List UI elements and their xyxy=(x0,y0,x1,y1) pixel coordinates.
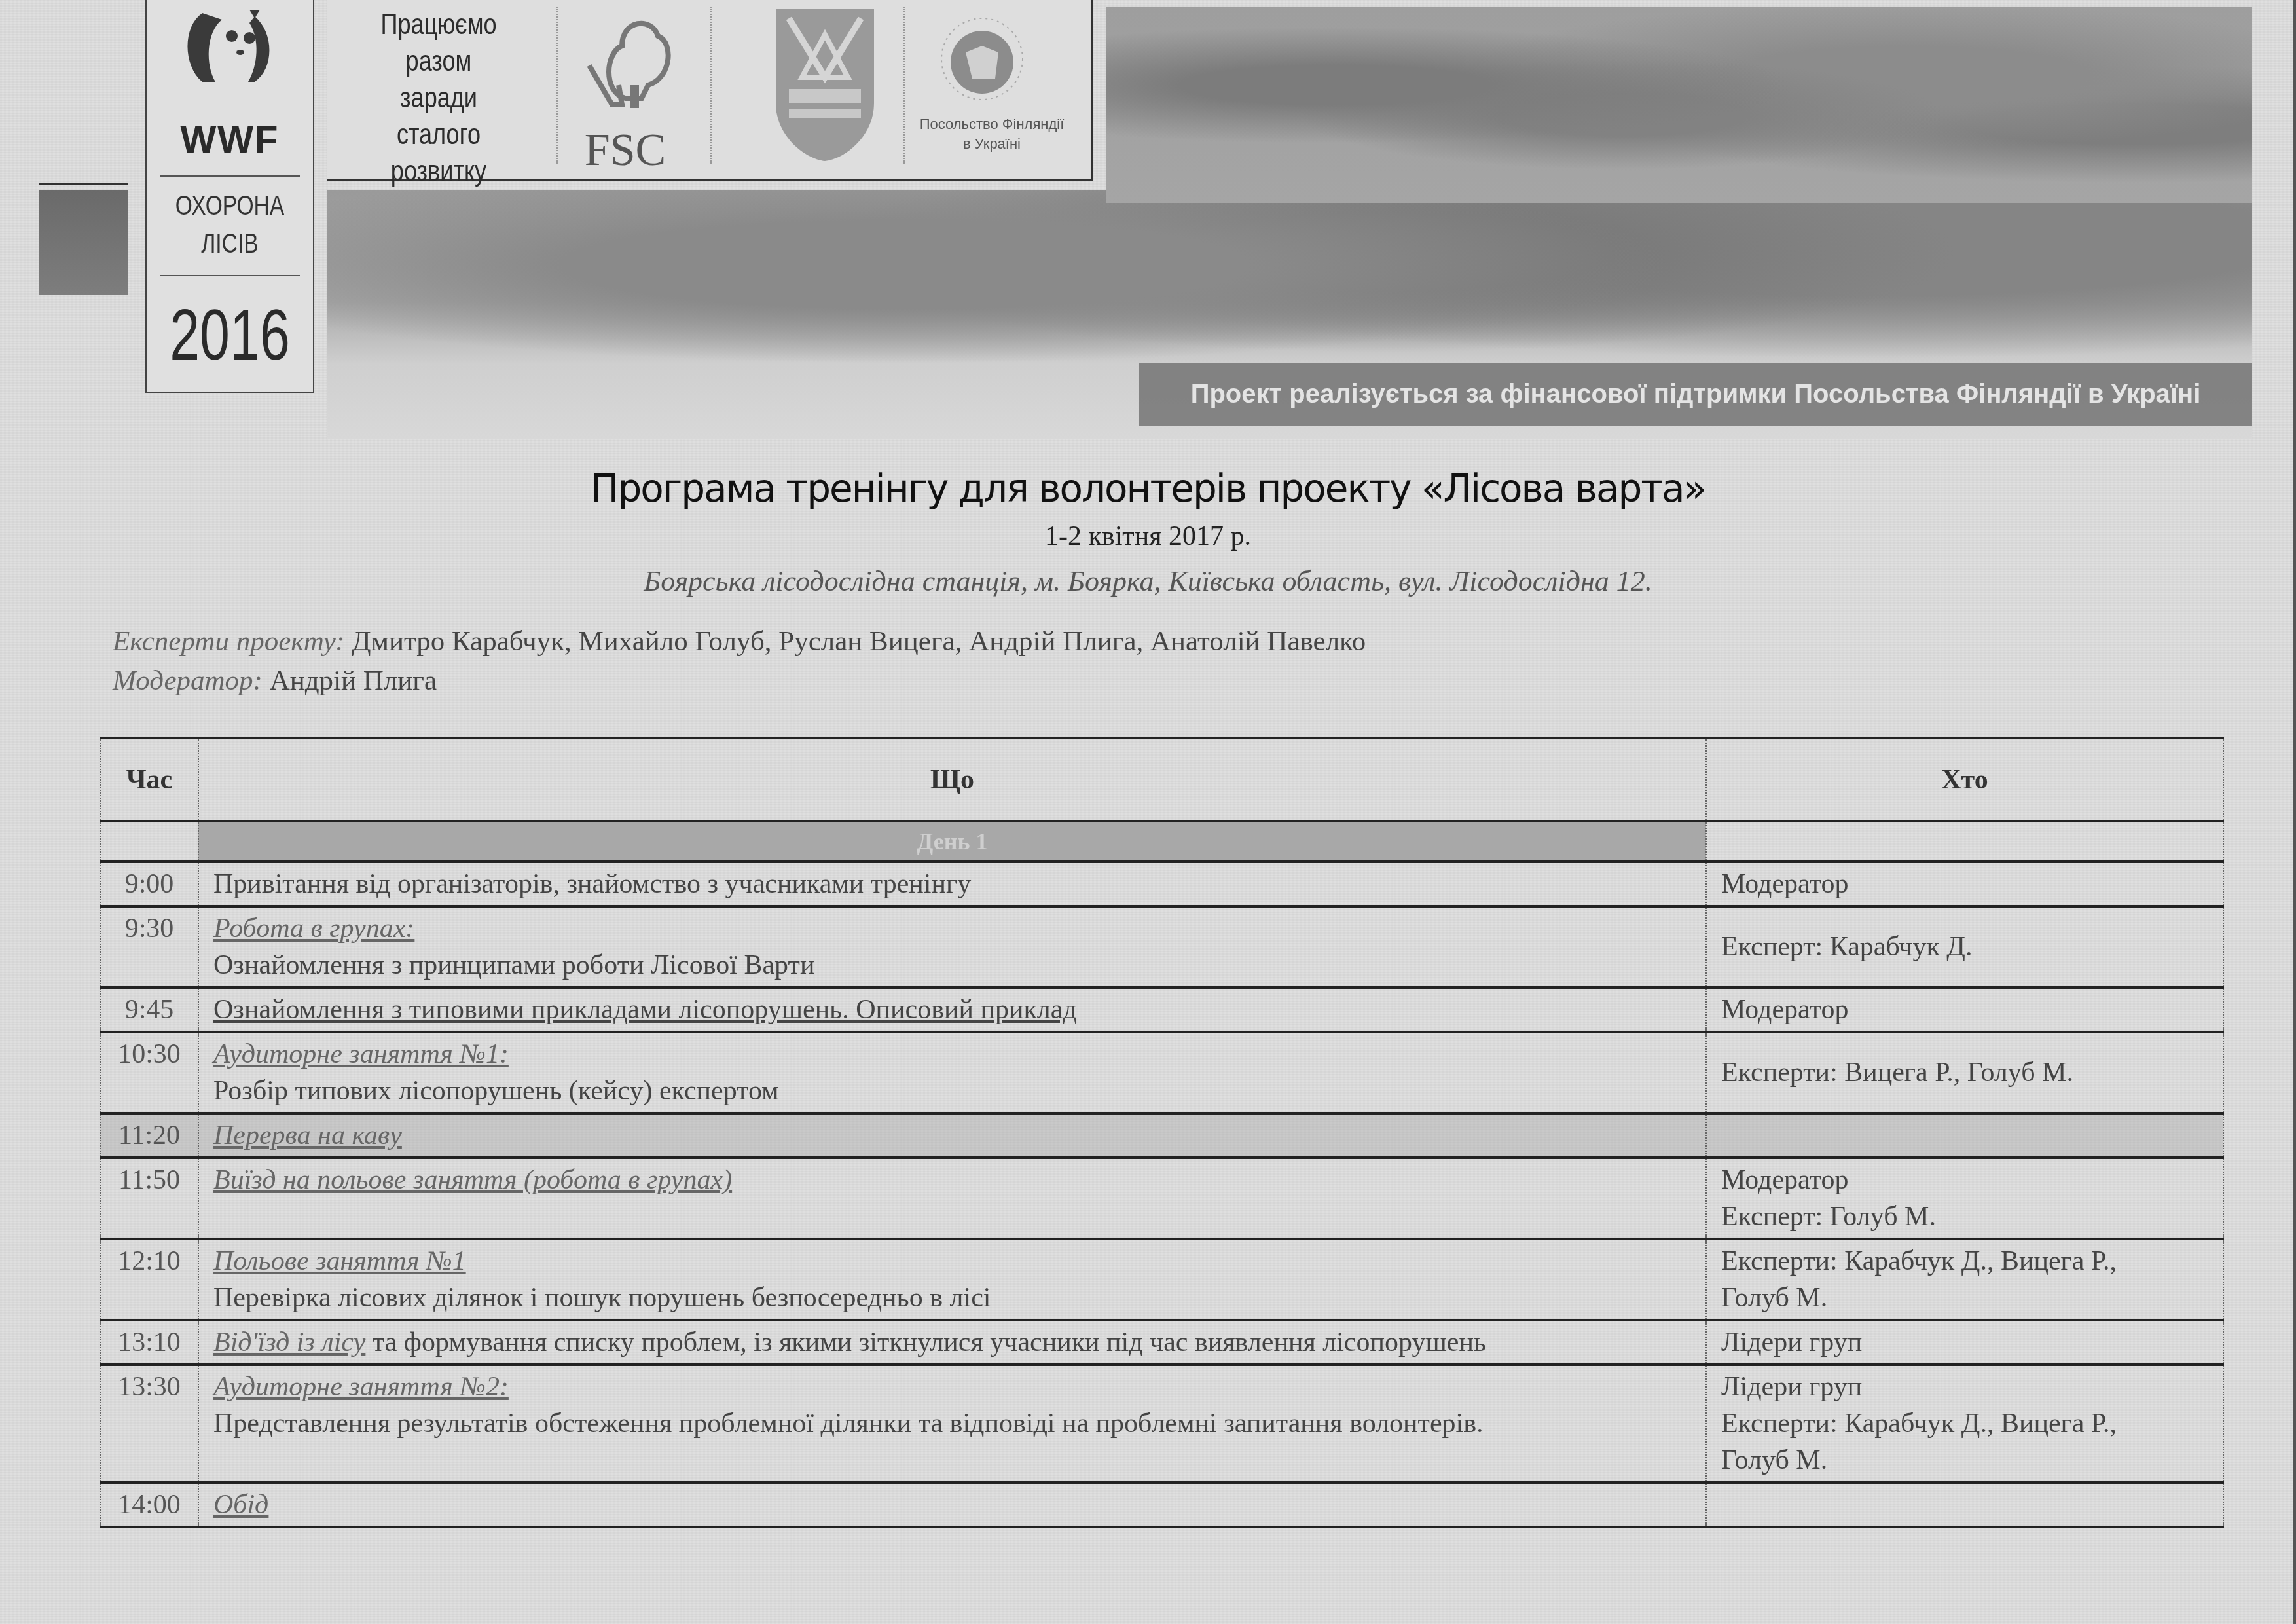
activity-cell: Перерва на каву xyxy=(198,1113,1706,1158)
activity-cell: Аудиторне заняття №2:Представлення резул… xyxy=(198,1365,1706,1483)
responsible-person: Експерти: Карабчук Д., Вицега Р., xyxy=(1721,1405,2208,1442)
responsible-cell: Модератор xyxy=(1706,862,2223,906)
table-row: 14:00Обід xyxy=(100,1483,2223,1527)
responsible-cell: Лідери груп xyxy=(1706,1320,2223,1365)
time-cell: 11:20 xyxy=(100,1113,198,1158)
partner-logos: Працюємо разом заради сталого розвитку F… xyxy=(327,0,1093,181)
column-header-time: Час xyxy=(100,738,198,821)
time-cell: 10:30 xyxy=(100,1032,198,1113)
responsible-person: Модератор xyxy=(1721,991,2208,1028)
table-row: 13:30Аудиторне заняття №2:Представлення … xyxy=(100,1365,2223,1483)
experts-label: Експерти проекту: xyxy=(113,626,345,657)
responsible-cell: Модератор xyxy=(1706,987,2223,1032)
table-row: 9:00Привітання від організаторів, знайом… xyxy=(100,862,2223,906)
time-cell: 11:50 xyxy=(100,1158,198,1239)
time-cell: 9:30 xyxy=(100,906,198,987)
responsible-person: Експерти: Карабчук Д., Вицега Р., xyxy=(1721,1243,2208,1280)
moderator-name: Андрій Плига xyxy=(270,665,437,696)
caption-line: в Україні xyxy=(903,134,1080,154)
responsible-cell: Лідери групЕксперти: Карабчук Д., Вицега… xyxy=(1706,1365,2223,1483)
activity-description: Розбір типових лісопорушень (кейсу) експ… xyxy=(213,1073,1691,1109)
slogan-line: разом заради xyxy=(369,43,508,117)
table-row: 11:50Виїзд на польове заняття (робота в … xyxy=(100,1158,2223,1239)
caption-line: Посольство Фінляндії xyxy=(903,115,1080,134)
activity-cell: Від'їзд із лісу та формування списку про… xyxy=(198,1320,1706,1365)
responsible-cell: Експерт: Карабчук Д. xyxy=(1706,906,2223,987)
experts-names: Дмитро Карабчук, Михайло Голуб, Руслан В… xyxy=(352,626,1366,657)
time-cell: 13:30 xyxy=(100,1365,198,1483)
activity-description: Представлення результатів обстеження про… xyxy=(213,1405,1691,1442)
time-cell: 13:10 xyxy=(100,1320,198,1365)
moderator-label: Модератор: xyxy=(113,665,263,696)
divider xyxy=(710,7,712,164)
table-row: 11:20Перерва на каву xyxy=(100,1113,2223,1158)
finland-lion-emblem-icon xyxy=(936,13,1028,105)
activity-cell: Робота в групах:Ознайомлення з принципам… xyxy=(198,906,1706,987)
scan-edge xyxy=(2293,0,2296,1624)
activity-cell: Польове заняття №1Перевірка лісових діля… xyxy=(198,1239,1706,1320)
responsible-person: Експерти: Вицега Р., Голуб М. xyxy=(1721,1054,2208,1091)
responsible-person: Модератор xyxy=(1721,866,2208,902)
event-address: Боярська лісодослідна станція, м. Боярка… xyxy=(0,564,2296,598)
slogan: Працюємо разом заради сталого розвитку xyxy=(369,7,508,190)
schedule-table: Час Що Хто День 1 9:00Привітання від орг… xyxy=(100,737,2224,1528)
slogan-line: розвитку xyxy=(369,153,508,190)
column-header-what: Що xyxy=(198,738,1706,821)
photo-rule xyxy=(39,183,128,185)
activity-title: Польове заняття №1 xyxy=(213,1243,1691,1280)
activity-description: та формування списку проблем, із якими з… xyxy=(365,1327,1486,1357)
activity-title: Обід xyxy=(213,1486,1691,1523)
campaign-year: 2016 xyxy=(168,293,293,377)
time-cell: 14:00 xyxy=(100,1483,198,1527)
responsible-cell: Експерти: Карабчук Д., Вицега Р.,Голуб М… xyxy=(1706,1239,2223,1320)
responsible-person: Лідери груп xyxy=(1721,1369,2208,1405)
forest-photo-left xyxy=(39,190,128,295)
day-time-cell xyxy=(100,821,198,862)
forest-photo-top xyxy=(1106,7,2252,203)
fsc-logo-text: FSC xyxy=(576,124,674,177)
activity-description: Перевірка лісових ділянок і пошук поруше… xyxy=(213,1280,1691,1316)
wwf-campaign-block: WWF ОХОРОНА ЛІСІВ 2016 xyxy=(145,0,314,393)
activity-description: Ознайомлення з принципами роботи Лісової… xyxy=(213,947,1691,984)
activity-title: Аудиторне заняття №2: xyxy=(213,1369,1691,1405)
activity-cell: Обід xyxy=(198,1483,1706,1527)
time-cell: 9:45 xyxy=(100,987,198,1032)
activity-title: Від'їзд із лісу xyxy=(213,1327,365,1357)
responsible-person: Експерт: Карабчук Д. xyxy=(1721,929,2208,965)
time-cell: 12:10 xyxy=(100,1239,198,1320)
activity-title: Перерва на каву xyxy=(213,1117,1691,1154)
experts-line: Експерти проекту: Дмитро Карабчук, Михай… xyxy=(113,625,1366,657)
activity-cell: Привітання від організаторів, знайомство… xyxy=(198,862,1706,906)
responsible-cell xyxy=(1706,1483,2223,1527)
campaign-line-1: ОХОРОНА xyxy=(163,187,296,225)
column-header-who: Хто xyxy=(1706,738,2223,821)
table-row: 10:30Аудиторне заняття №1:Розбір типових… xyxy=(100,1032,2223,1113)
activity-title: Робота в групах: xyxy=(213,910,1691,947)
nltu-shield-icon xyxy=(773,5,877,162)
day-label: День 1 xyxy=(198,821,1706,862)
activity-description: Ознайомлення з типовими прикладами лісоп… xyxy=(213,991,1691,1028)
responsible-person: Модератор xyxy=(1721,1162,2208,1198)
table-row: 9:30Робота в групах:Ознайомлення з принц… xyxy=(100,906,2223,987)
activity-cell: Виїзд на польове заняття (робота в група… xyxy=(198,1158,1706,1239)
time-cell: 9:00 xyxy=(100,862,198,906)
table-row: 12:10Польове заняття №1Перевірка лісових… xyxy=(100,1239,2223,1320)
responsible-cell xyxy=(1706,1113,2223,1158)
slogan-line: Працюємо xyxy=(369,7,508,43)
divider xyxy=(556,7,558,164)
activity-cell: Аудиторне заняття №1:Розбір типових лісо… xyxy=(198,1032,1706,1113)
campaign-line-2: ЛІСІВ xyxy=(163,225,296,263)
responsible-person: Експерт: Голуб М. xyxy=(1721,1198,2208,1235)
slogan-line: сталого xyxy=(369,117,508,153)
table-header-row: Час Що Хто xyxy=(100,738,2223,821)
table-row: 9:45Ознайомлення з типовими прикладами л… xyxy=(100,987,2223,1032)
responsible-cell: МодераторЕксперт: Голуб М. xyxy=(1706,1158,2223,1239)
wwf-logo-text: WWF xyxy=(147,118,313,162)
day-who-cell xyxy=(1706,821,2223,862)
finland-embassy-caption: Посольство Фінляндії в Україні xyxy=(903,115,1080,154)
panda-icon xyxy=(176,7,281,85)
responsible-person: Лідери груп xyxy=(1721,1324,2208,1361)
responsible-person: Голуб М. xyxy=(1721,1442,2208,1479)
activity-description: Привітання від організаторів, знайомство… xyxy=(213,866,1691,902)
moderator-line: Модератор: Андрій Плига xyxy=(113,665,437,697)
activity-title: Виїзд на польове заняття (робота в група… xyxy=(213,1162,1691,1198)
responsible-cell: Експерти: Вицега Р., Голуб М. xyxy=(1706,1032,2223,1113)
responsible-person: Голуб М. xyxy=(1721,1280,2208,1316)
day-row: День 1 xyxy=(100,821,2223,862)
activity-title: Аудиторне заняття №1: xyxy=(213,1036,1691,1073)
table-row: 13:10Від'їзд із лісу та формування списк… xyxy=(100,1320,2223,1365)
document-title: Програма тренінгу для волонтерів проекту… xyxy=(0,466,2296,511)
activity-cell: Ознайомлення з типовими прикладами лісоп… xyxy=(198,987,1706,1032)
event-date: 1-2 квітня 2017 р. xyxy=(0,521,2296,552)
divider xyxy=(160,275,300,276)
divider xyxy=(160,175,300,177)
funding-banner: Проект реалізується за фінансової підтри… xyxy=(1139,363,2252,426)
campaign-name: ОХОРОНА ЛІСІВ xyxy=(163,187,296,263)
